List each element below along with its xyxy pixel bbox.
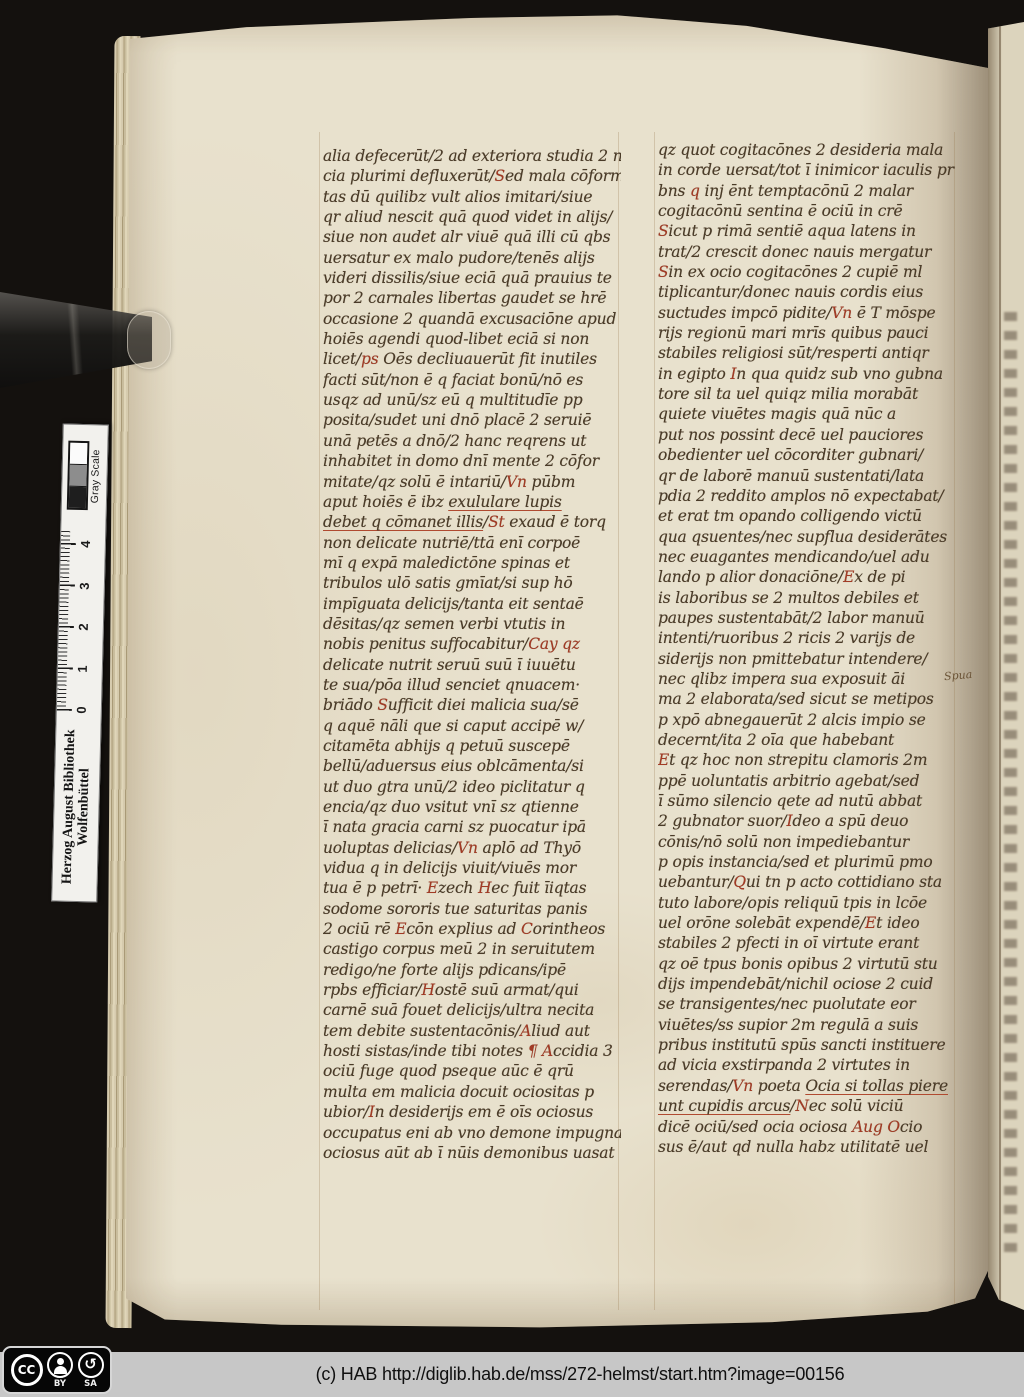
manuscript-line: nec euagantes mendicando/uel adu xyxy=(658,548,960,568)
grayscale-patch-black xyxy=(69,487,87,508)
cc-by-group: BY xyxy=(47,1352,73,1389)
manuscript-line: Sicut p rimā sentiē aqua latens in xyxy=(658,222,960,242)
manuscript-line: cia plurimi defluxerūt/Sed mala cōformi xyxy=(323,167,621,187)
manuscript-line: tua ē p petrī· Ezech Hec fuit īiqtas xyxy=(323,879,621,899)
manuscript-line: paupes sustentabāt/2 labor manuū xyxy=(658,609,960,629)
manuscript-line: mī q expā maledictōne spinas et xyxy=(323,554,621,574)
digitized-manuscript-photo: alia defecerūt/2 ad exteriora studia 2 n… xyxy=(0,0,1024,1397)
institution-line2: Wolfenbüttel xyxy=(76,768,93,846)
manuscript-line: licet/ps Oēs decliuauerūt fit inutiles xyxy=(323,350,621,370)
manuscript-line: unā petēs a dnō/2 hanc reqrens ut xyxy=(323,432,621,452)
manuscript-line: stabiles religiosi sūt/resperti antiqr xyxy=(658,344,960,364)
cc-sa-group: ↺ SA xyxy=(78,1352,104,1389)
ruler-number: 1 xyxy=(75,663,90,675)
manuscript-line: redigo/ne forte alijs pdicans/ipē xyxy=(323,961,621,981)
manuscript-line: posita/sudet uni dnō placē 2 seruiē xyxy=(323,411,621,431)
manuscript-line: ociū fuge quod pseque aūc ē qrū xyxy=(323,1062,621,1082)
manuscript-line: qz oē tpus bonis opibus 2 virtutū stu xyxy=(658,955,960,975)
manuscript-line: intenti/ruoribus 2 ricis 2 varijs de xyxy=(658,629,960,649)
manuscript-line: tuto labore/opis reliquū tpis in lcōe xyxy=(658,894,960,914)
manuscript-line: rpbs efficiar/Hostē suū armat/qui xyxy=(323,981,621,1001)
manuscript-line: ī nata gracia carni sz puocatur ipā xyxy=(323,818,621,838)
manuscript-line: aput hoiēs ē ibz exululare lupis xyxy=(323,493,621,513)
manuscript-line: dēsitas/qz semen verbi vtutis in xyxy=(323,615,621,635)
manuscript-line: q aquē nāli que si caput accipē w/ xyxy=(323,717,621,737)
text-column-left: alia defecerūt/2 ad exteriora studia 2 n… xyxy=(323,147,621,1164)
manuscript-line: obedienter uel cōcorditer gubnari/ xyxy=(658,446,960,466)
ruler: 0 1 2 3 4 xyxy=(57,524,106,714)
ruler-number: 4 xyxy=(78,538,93,550)
manuscript-line: facti sūt/non ē q faciat bonū/nō es xyxy=(323,371,621,391)
manuscript-line: ī sūmo silencio qete ad nutū abbat xyxy=(658,792,960,812)
facing-page-ruling xyxy=(999,22,1001,1310)
manuscript-line: lando p alior donaciōne/Ex de pi xyxy=(658,568,960,588)
manuscript-line: tiplicantur/donec nauis cordis eius xyxy=(658,283,960,303)
manuscript-line: multa em malicia docuit ociositas p xyxy=(323,1083,621,1103)
manuscript-line: ociosus aūt ab ī nūis demonibus uasat xyxy=(323,1144,621,1164)
manuscript-line: cogitacōnū sentina ē ociū in crē xyxy=(658,202,960,222)
column-ruling-line xyxy=(319,132,320,1310)
manuscript-line: rijs regionū mari mrīs quibus pauci xyxy=(658,324,960,344)
page-holder-clip-tip xyxy=(127,311,171,369)
calibration-strip: Herzog August Bibliothek Wolfenbüttel 0 … xyxy=(51,424,109,903)
manuscript-line: Et qz hoc non strepitu clamoris 2m xyxy=(658,751,960,771)
caption-bar: (c) HAB http://diglib.hab.de/mss/272-hel… xyxy=(0,1352,1024,1397)
manuscript-line: sus ē/aut qd nulla habz utilitatē uel xyxy=(658,1138,960,1158)
cc-sa-arrow-icon: ↺ xyxy=(78,1352,104,1378)
manuscript-line: hoiēs agendi quod-libet eciā si non xyxy=(323,330,621,350)
manuscript-line: ppē uoluntatis arbitrio agebat/sed xyxy=(658,772,960,792)
manuscript-line: decernt/ita 2 oīa que habebant xyxy=(658,731,960,751)
manuscript-line: pdia 2 reddito amplos nō expectabat/ xyxy=(658,487,960,507)
manuscript-line: bellū/aduersus eius oblcāmenta/si xyxy=(323,757,621,777)
text-column-right: qz quot cogitacōnes 2 desideria malain c… xyxy=(658,141,960,1158)
manuscript-line: nobis penitus suffocabitur/Cay qz xyxy=(323,635,621,655)
manuscript-line: 2 ociū rē Ecōn explius ad Corintheos xyxy=(323,920,621,940)
manuscript-line: citamēta abhijs q petuū suscepē xyxy=(323,737,621,757)
manuscript-line: se transigentes/nec puolutate eor xyxy=(658,995,960,1015)
grayscale-patches xyxy=(67,441,90,510)
manuscript-line: encia/qz duo vsitut vnī sz qtienne xyxy=(323,798,621,818)
ruler-cm-ticks xyxy=(57,530,76,711)
grayscale-patch-white xyxy=(70,443,88,465)
manuscript-line: occasione 2 quandā excusaciōne apud xyxy=(323,310,621,330)
manuscript-line: briādo Sufficit diei malicia sua/sē xyxy=(323,696,621,716)
manuscript-line: ma 2 elaborata/sed sicut se metipos xyxy=(658,690,960,710)
person-body-shape xyxy=(54,1366,67,1374)
manuscript-line: por 2 carnales libertas gaudet se hrē xyxy=(323,289,621,309)
manuscript-line: bns q inj ēnt temptacōnū 2 malar xyxy=(658,182,960,202)
manuscript-line: qr de laborē manuū sustentati/lata xyxy=(658,467,960,487)
manuscript-line: siderijs non pmittebatur intendere/ xyxy=(658,650,960,670)
manuscript-line: occupatus eni ab vno demone impugnat xyxy=(323,1124,621,1144)
cc-icon: CC xyxy=(11,1354,43,1386)
manuscript-line: quiete viuētes magis quā nūc a xyxy=(658,405,960,425)
manuscript-line: serendas/Vn poeta Ocia si tollas piere xyxy=(658,1077,960,1097)
manuscript-line: non delicate nutriē/ttā enī corpoē xyxy=(323,534,621,554)
manuscript-line: carnē suā fouet delicijs/ultra necita xyxy=(323,1001,621,1021)
manuscript-line: viuētes/ss supior 2m regulā a suis xyxy=(658,1016,960,1036)
manuscript-line: tas dū quilibz vult alios imitari/siue xyxy=(323,188,621,208)
column-ruling-line xyxy=(654,132,655,1310)
manuscript-line: tore sil ta uel quiqz milia morabāt xyxy=(658,385,960,405)
manuscript-line: castigo corpus meū 2 in seruitutem xyxy=(323,940,621,960)
ruler-number: 3 xyxy=(77,580,92,592)
person-head-shape xyxy=(57,1358,64,1365)
manuscript-line: stabiles 2 pfecti in oī virtute erant xyxy=(658,934,960,954)
manuscript-line: alia defecerūt/2 ad exteriora studia 2 n… xyxy=(323,147,621,167)
manuscript-line: debet q cōmanet illis/St exaud ē torq xyxy=(323,513,621,533)
manuscript-line: mitate/qz solū ē intariū/Vn pūbm xyxy=(323,473,621,493)
manuscript-line: 2 gubnator suor/Ideo a spū deuo xyxy=(658,812,960,832)
sa-arrow-glyph: ↺ xyxy=(84,1357,97,1372)
manuscript-line: usqz ad unū/sz eū q multitudīe pp xyxy=(323,391,621,411)
grayscale-target: Gray Scale xyxy=(61,425,107,525)
manuscript-line: qz quot cogitacōnes 2 desideria mala xyxy=(658,141,960,161)
manuscript-line: vidua q in delicijs viuit/viuēs mor xyxy=(323,859,621,879)
facing-page-edge xyxy=(988,22,1024,1310)
ruler-number: 2 xyxy=(76,621,91,633)
manuscript-line: trat/2 crescit donec nauis mergatur xyxy=(658,243,960,263)
manuscript-line: uersatur ex malo pudore/tenēs alijs xyxy=(323,249,621,269)
cc-license-badge: CC BY ↺ SA xyxy=(2,1346,112,1394)
manuscript-line: sodome sororis tue saturitas panis xyxy=(323,900,621,920)
manuscript-line: delicate nutrit seruū suū ī iuuētu xyxy=(323,656,621,676)
manuscript-line: siue non audet alr viuē quā illi cū qbs xyxy=(323,228,621,248)
manuscript-line: ad vicia exstirpanda 2 virtutes in xyxy=(658,1056,960,1076)
manuscript-line: qr aliud nescit quā quod videt in alijs/ xyxy=(323,208,621,228)
manuscript-line: dijs impendebāt/nichil ociose 2 cuid xyxy=(658,975,960,995)
manuscript-line: qua qsuentes/nec supflua desiderātes xyxy=(658,528,960,548)
manuscript-page: alia defecerūt/2 ad exteriora studia 2 n… xyxy=(126,14,988,1330)
manuscript-line: p xpō abnegauerūt 2 alcis impio se xyxy=(658,711,960,731)
manuscript-line: in corde uersat/tot ī inimicor iaculis p… xyxy=(658,161,960,181)
manuscript-line: impīguata delicijs/tanta eit sentaē xyxy=(323,595,621,615)
grayscale-label: Gray Scale xyxy=(89,449,102,503)
manuscript-line: nec qlibz impera sua exposuit āi xyxy=(658,670,960,690)
manuscript-line: Sin ex ocio cogitacōnes 2 cupiē ml xyxy=(658,263,960,283)
facing-page-text-edge xyxy=(1004,312,1017,1252)
manuscript-line: videri dissilis/siue eciā quā prauius te xyxy=(323,269,621,289)
manuscript-line: uel orōne solebāt expendē/Et ideo xyxy=(658,914,960,934)
manuscript-line: cōnis/nō solū non impediebantur xyxy=(658,833,960,853)
manuscript-line: uebantur/Qui tn p acto cottidiano sta xyxy=(658,873,960,893)
manuscript-line: et erat tm opando colligendo victū xyxy=(658,507,960,527)
manuscript-line: unt cupidis arcus/Nec solū viciū xyxy=(658,1097,960,1117)
ruler-number: 0 xyxy=(74,704,89,716)
caption-text: (c) HAB http://diglib.hab.de/mss/272-hel… xyxy=(316,1364,845,1385)
manuscript-line: is laboribus se 2 multos debiles et xyxy=(658,589,960,609)
manuscript-line: pribus institutū spūs sancti instituere xyxy=(658,1036,960,1056)
manuscript-line: suctudes impcō pidite/Vn ē T mōspe xyxy=(658,304,960,324)
manuscript-line: hosti sistas/inde tibi notes ¶ Accidia 3 xyxy=(323,1042,621,1062)
cc-sa-label: SA xyxy=(84,1379,97,1389)
manuscript-line: tribulos ulō satis gmīat/si sup hō xyxy=(323,574,621,594)
manuscript-line: ubior/In desiderijs em ē oīs ociosus xyxy=(323,1103,621,1123)
cc-by-person-icon xyxy=(47,1352,73,1378)
manuscript-line: ut duo gtra unū/2 ideo piclitatur q xyxy=(323,778,621,798)
manuscript-line: in egipto In qua quidz sub vno gubna xyxy=(658,365,960,385)
marginal-annotation: Spua xyxy=(943,668,972,683)
grayscale-patch-gray xyxy=(69,465,87,487)
manuscript-line: put nos possint decē uel pauciores xyxy=(658,426,960,446)
manuscript-line: uoluptas delicias/Vn aplō ad Thyō xyxy=(323,839,621,859)
manuscript-line: tem debite sustentacōnis/Aliud aut xyxy=(323,1022,621,1042)
manuscript-line: p opis instancia/sed et plurimū pmo xyxy=(658,853,960,873)
manuscript-line: te sua/pōa illud senciet qnuacem· xyxy=(323,676,621,696)
institution-label: Herzog August Bibliothek Wolfenbüttel xyxy=(52,712,101,901)
manuscript-line: dicē ociū/sed ocia ociosa Aug Ocio xyxy=(658,1118,960,1138)
manuscript-line: inhabitet in domo dnī mente 2 cōfor xyxy=(323,452,621,472)
cc-by-label: BY xyxy=(54,1379,66,1389)
